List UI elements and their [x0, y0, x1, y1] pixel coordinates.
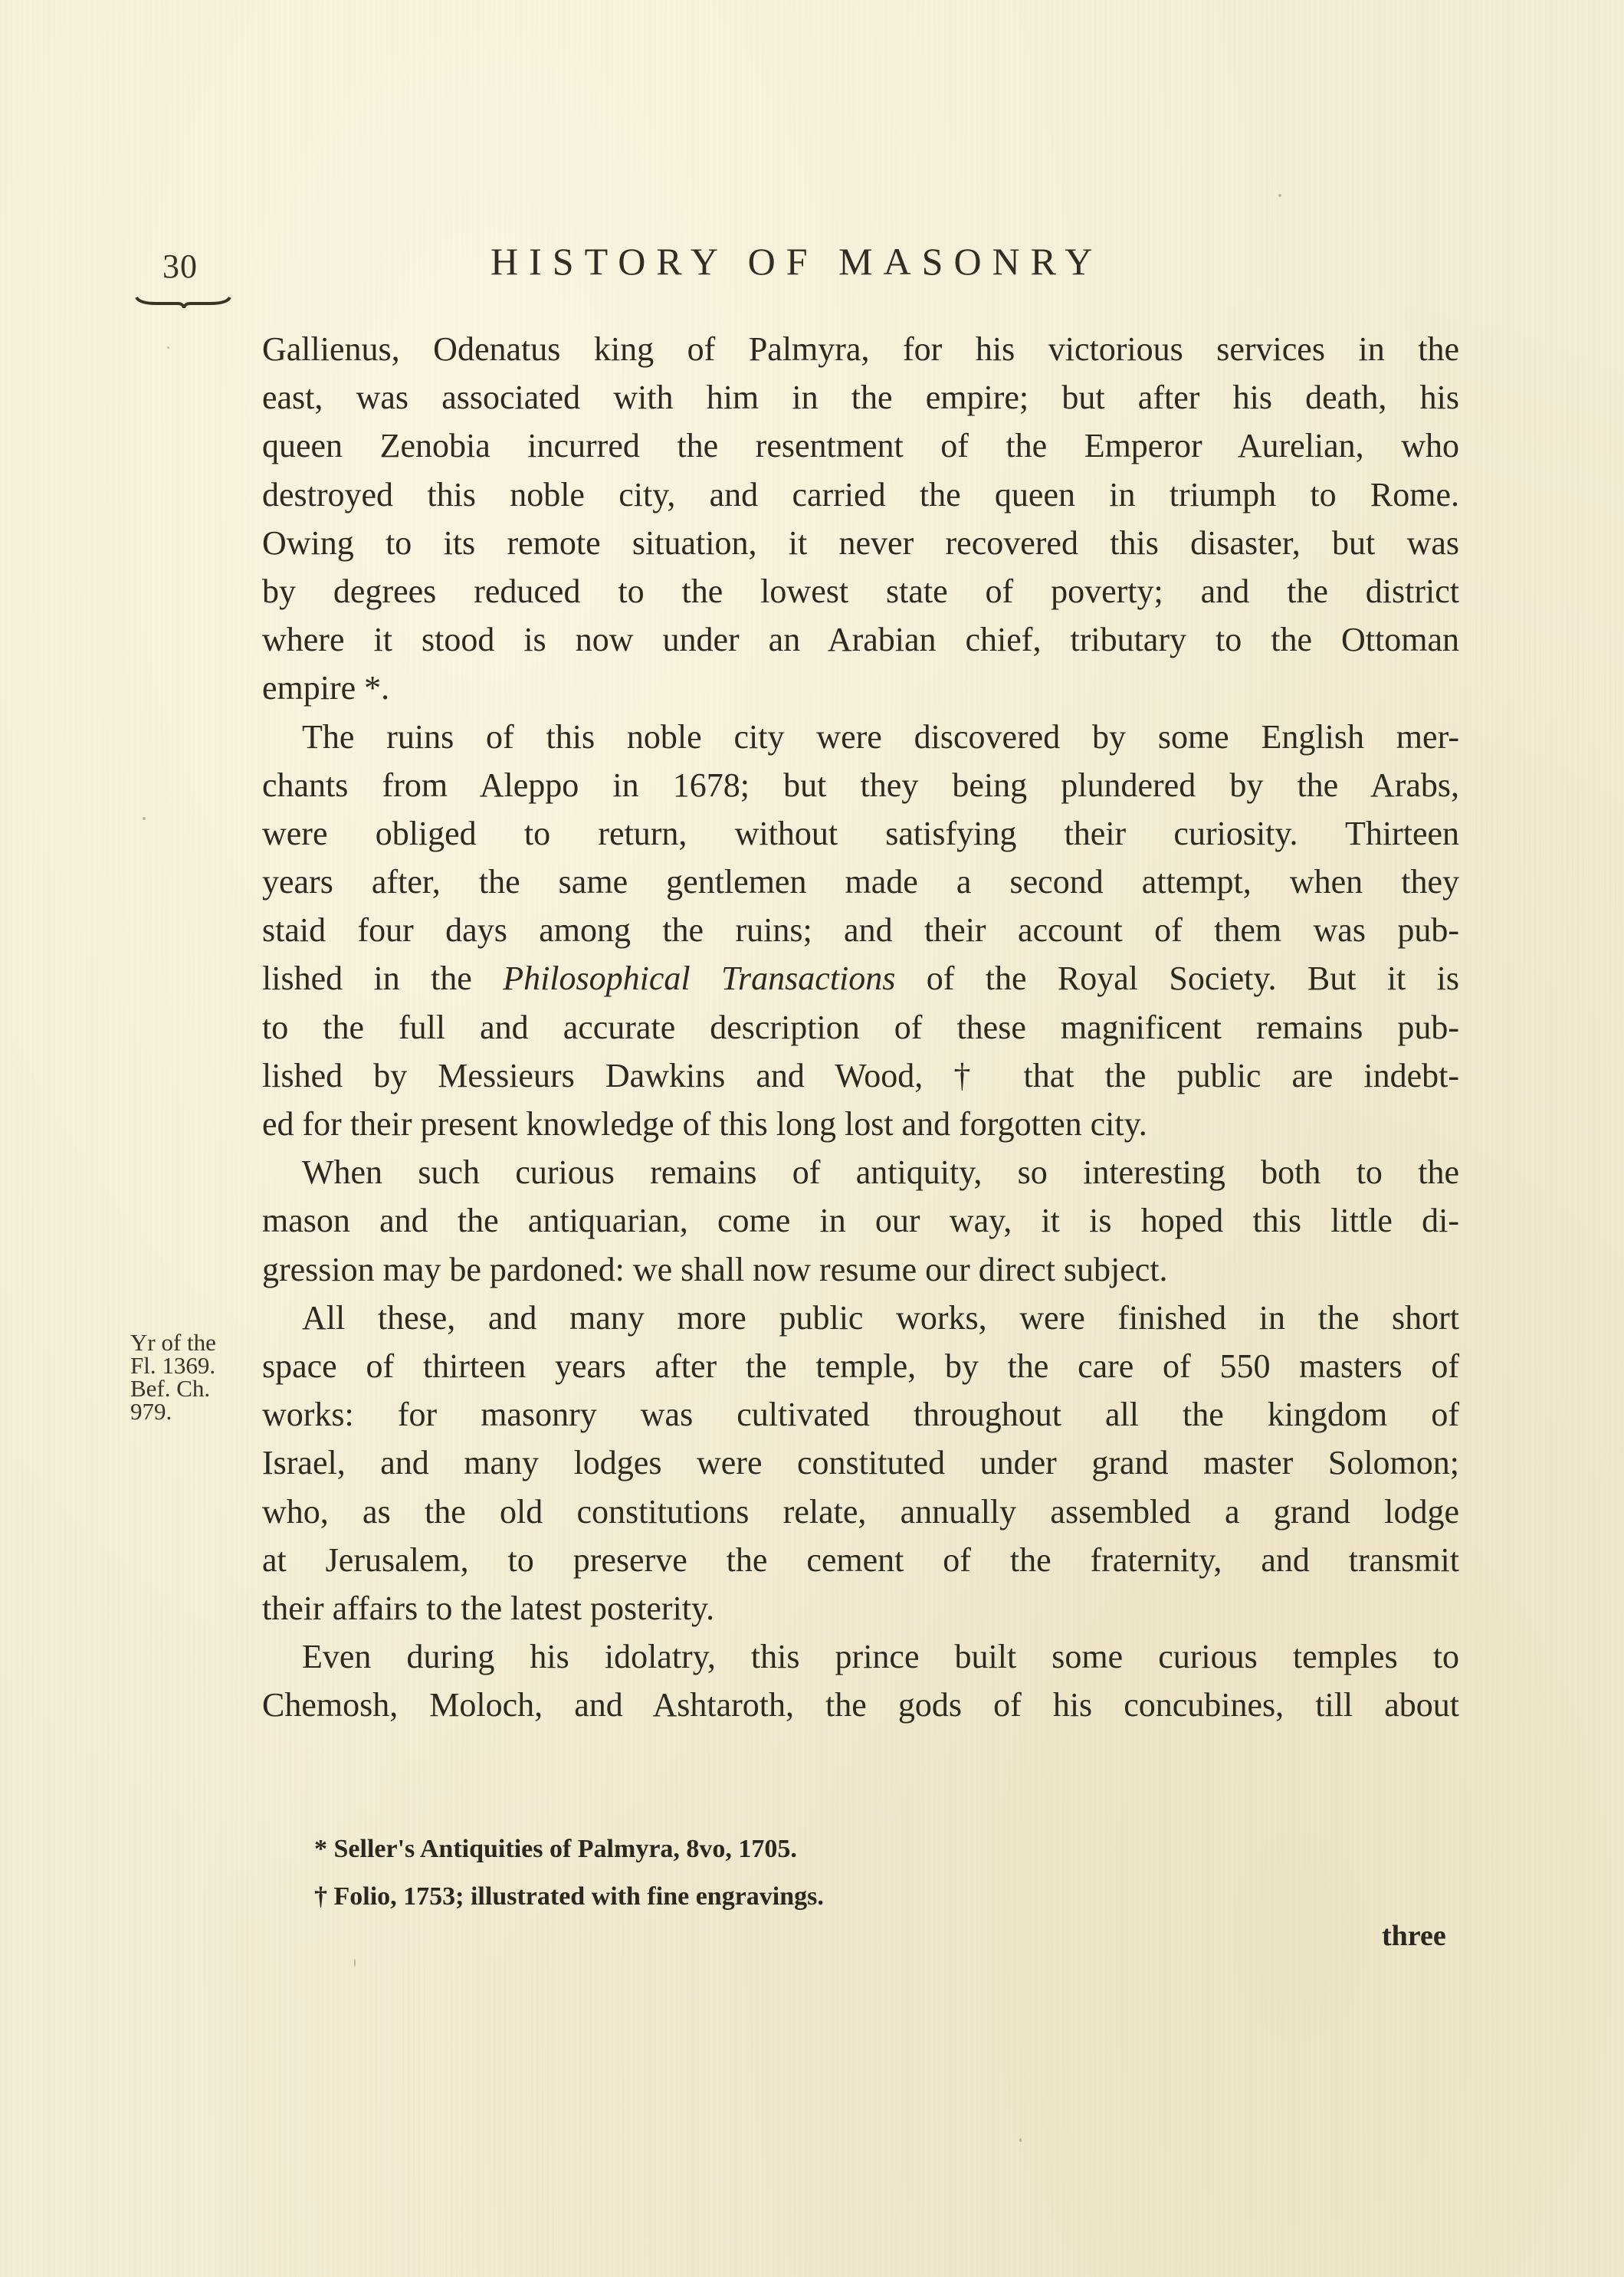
paper-speck — [167, 346, 169, 349]
text-line: empire *. — [262, 664, 1459, 712]
running-title: HISTORY OF MASONRY — [490, 239, 1103, 284]
text-line: years after, the same gentlemen made a s… — [262, 858, 1459, 906]
text-line: Israel, and many lodges were constituted… — [262, 1439, 1459, 1487]
text-line: east, was associated with him in the emp… — [262, 373, 1459, 422]
footnote-asterisk: * Seller's Antiquities of Palmyra, 8vo, … — [314, 1826, 824, 1873]
text-line: lished by Messieurs Dawkins and Wood, † … — [262, 1052, 1459, 1100]
text-line: Owing to its remote situation, it never … — [262, 519, 1459, 567]
text-line: Chemosh, Moloch, and Ashtaroth, the gods… — [262, 1681, 1459, 1729]
marginal-note-line: 979. — [130, 1400, 216, 1423]
marginal-date-note: Yr of the Fl. 1369. Bef. Ch. 979. — [130, 1331, 216, 1423]
text-line: gression may be pardoned: we shall now r… — [262, 1245, 1459, 1294]
paper-speck — [143, 817, 146, 820]
paper-speck — [1278, 194, 1281, 197]
paper-speck — [354, 1959, 356, 1967]
text-line: works: for masonry was cultivated throug… — [262, 1390, 1459, 1439]
text-line: who, as the old constitutions relate, an… — [262, 1488, 1459, 1536]
book-page: 30 HISTORY OF MASONRY Gallienus, Odenatu… — [0, 0, 1624, 2277]
text-line: to the full and accurate description of … — [262, 1003, 1459, 1052]
paper-speck — [1019, 2138, 1022, 2142]
page-number-bracket-ornament — [133, 294, 233, 308]
text-line: All these, and many more public works, w… — [262, 1294, 1459, 1342]
text-line: Even during his idolatry, this prince bu… — [262, 1632, 1459, 1681]
text-line: chants from Aleppo in 1678; but they bei… — [262, 761, 1459, 809]
text-line: by degrees reduced to the lowest state o… — [262, 567, 1459, 615]
catchword: three — [1382, 1919, 1446, 1953]
text-line: their affairs to the latest posterity. — [262, 1584, 1459, 1632]
text-line-with-italic-title: lished in the Philosophical Transactions… — [262, 954, 1459, 1002]
footnote-dagger: † Folio, 1753; illustrated with fine eng… — [314, 1873, 824, 1921]
text-line: were obliged to return, without satisfyi… — [262, 809, 1459, 858]
text-line: at Jerusalem, to preserve the cement of … — [262, 1536, 1459, 1584]
footnotes: * Seller's Antiquities of Palmyra, 8vo, … — [314, 1826, 824, 1921]
text-line: mason and the antiquarian, come in our w… — [262, 1196, 1459, 1245]
text-fragment: lished in the — [262, 960, 472, 997]
page-number: 30 — [162, 247, 198, 286]
marginal-note-line: Bef. Ch. — [130, 1377, 216, 1400]
italic-publication-title: Philosophical Transactions — [503, 960, 895, 997]
marginal-note-line: Fl. 1369. — [130, 1354, 216, 1377]
text-line: Gallienus, Odenatus king of Palmyra, for… — [262, 325, 1459, 373]
text-line: When such curious remains of antiquity, … — [262, 1148, 1459, 1196]
text-line: destroyed this noble city, and carried t… — [262, 471, 1459, 519]
text-line: where it stood is now under an Arabian c… — [262, 615, 1459, 664]
body-text: Gallienus, Odenatus king of Palmyra, for… — [262, 325, 1459, 1729]
text-line: ed for their present knowledge of this l… — [262, 1100, 1459, 1148]
text-line: staid four days among the ruins; and the… — [262, 906, 1459, 954]
text-line: space of thirteen years after the temple… — [262, 1342, 1459, 1390]
text-fragment: of the Royal Society. But it is — [927, 960, 1459, 997]
marginal-note-line: Yr of the — [130, 1331, 216, 1354]
text-line: The ruins of this noble city were discov… — [262, 713, 1459, 761]
text-line: queen Zenobia incurred the resentment of… — [262, 422, 1459, 470]
